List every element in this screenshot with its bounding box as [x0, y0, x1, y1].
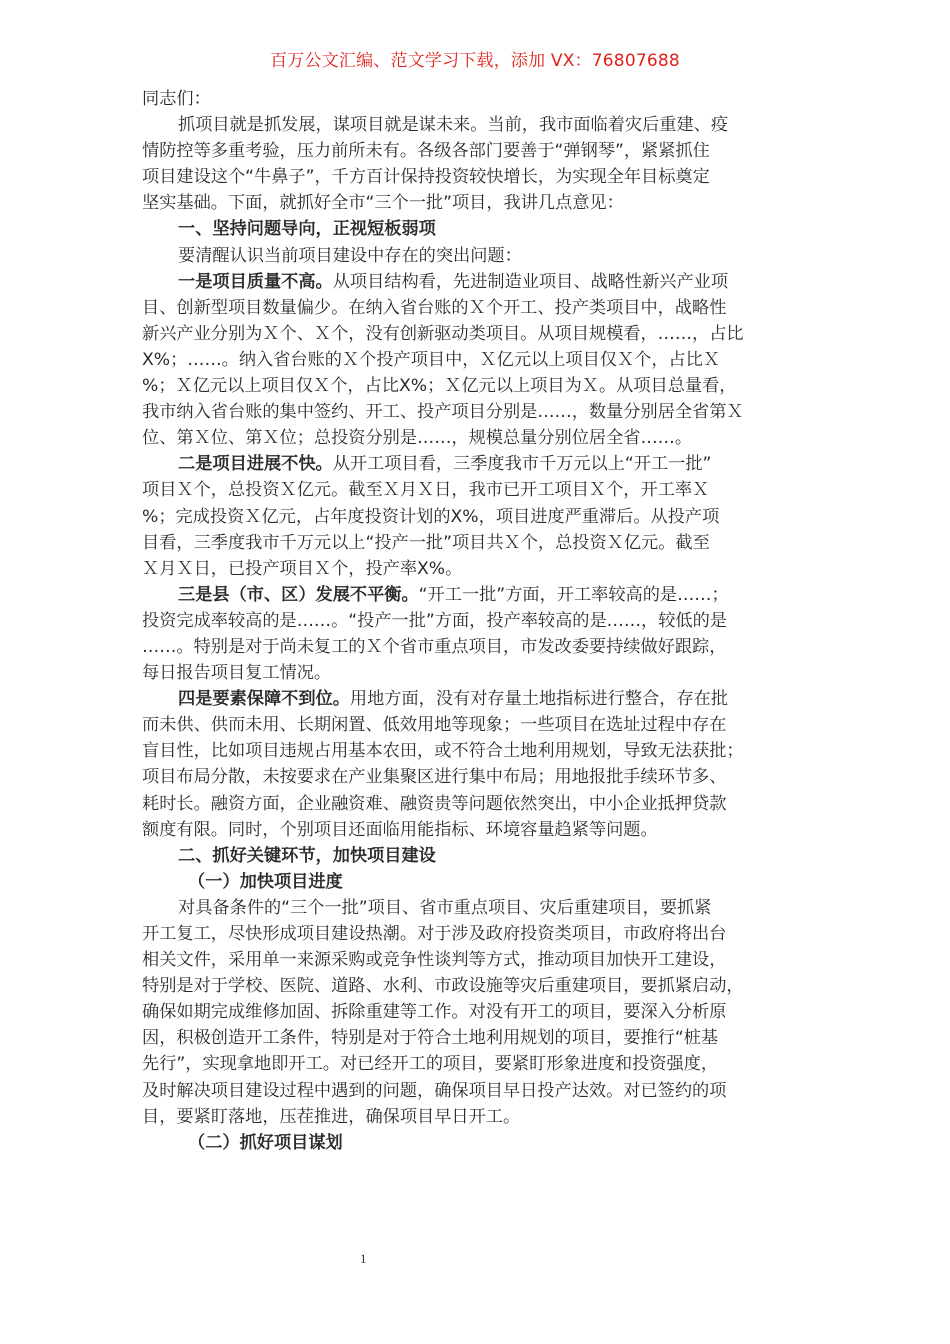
text-line: 目、创新型项目数量偏少。在纳入省台账的Ｘ个开工、投产类项目中，战略性: [142, 295, 812, 321]
line-text: 位、第Ｘ位、第Ｘ位；总投资分别是……，规模总量分别位居全省……。: [142, 428, 692, 448]
section-heading: 一、坚持问题导向，正视短板弱项: [142, 216, 812, 242]
text-line: ……。特别是对于尚未复工的Ｘ个省市重点项目，市发改委要持续做好跟踪，: [142, 634, 812, 660]
line-text: 用地方面，没有对存量土地指标进行整合，存在批: [350, 689, 728, 709]
line-text: 相关文件，采用单一来源采购或竞争性谈判等方式，推动项目加快开工建设，: [142, 950, 726, 970]
text-line: 额度有限。同时，个别项目还面临用能指标、环境容量趋紧等问题。: [142, 817, 812, 843]
text-line: 情防控等多重考验，压力前所未有。各级各部门要善于“弹钢琴”，紧紧抓住: [142, 138, 812, 164]
salutation: 同志们：: [142, 86, 812, 112]
text-line: 目，要紧盯落地，压茬推进，确保项目早日开工。: [142, 1104, 812, 1130]
bold-lead: （二）抓好项目谋划: [188, 1133, 343, 1153]
document-body: 同志们： 抓项目就是抓发展，谋项目就是谋未来。当前，我市面临着灾后重建、疫情防控…: [142, 86, 812, 1156]
line-text: 额度有限。同时，个别项目还面临用能指标、环境容量趋紧等问题。: [142, 820, 658, 840]
section-heading: （二）抓好项目谋划: [142, 1130, 812, 1156]
line-text: 坚实基础。下面，就抓好全市“三个一批”项目，我讲几点意见：: [142, 193, 624, 213]
line-text: 项目布局分散，未按要求在产业集聚区进行集中布局；用地报批手续环节多、: [142, 767, 726, 787]
text-line: 抓项目就是抓发展，谋项目就是谋未来。当前，我市面临着灾后重建、疫: [142, 112, 812, 138]
line-text: %；完成投资Ｘ亿元，占年度投资计划的X%，项目进度严重滞后。从投产项: [142, 507, 719, 527]
bold-lead: 一、坚持问题导向，正视短板弱项: [178, 219, 436, 239]
line-text: 从开工项目看，三季度我市千万元以上“开工一批”: [333, 454, 712, 474]
text-line: 对具备条件的“三个一批”项目、省市重点项目、灾后重建项目，要抓紧: [142, 895, 812, 921]
line-text: 要清醒认识当前项目建设中存在的突出问题：: [178, 246, 522, 266]
text-line: 每日报告项目复工情况。: [142, 660, 812, 686]
text-line: %；Ｘ亿元以上项目仅Ｘ个，占比X%；Ｘ亿元以上项目为Ｘ。从项目总量看，: [142, 373, 812, 399]
bold-lead: 二、抓好关键环节，加快项目建设: [178, 846, 436, 866]
line-text: 开工复工，尽快形成项目建设热潮。对于涉及政府投资类项目，市政府将出台: [142, 924, 726, 944]
line-text: ……。特别是对于尚未复工的Ｘ个省市重点项目，市发改委要持续做好跟踪，: [142, 637, 726, 657]
text-line: 先行”，实现拿地即开工。对已经开工的项目，要紧盯形象进度和投资强度，: [142, 1051, 812, 1077]
line-text: %；Ｘ亿元以上项目仅Ｘ个，占比X%；Ｘ亿元以上项目为Ｘ。从项目总量看，: [142, 376, 736, 396]
line-text: 我市纳入省台账的集中签约、开工、投产项目分别是……，数量分别居全省第Ｘ: [142, 402, 744, 422]
line-text: 及时解决项目建设过程中遇到的问题，确保项目早日投产达效。对已签约的项: [142, 1081, 726, 1101]
watermark-header: 百万公文汇编、范文学习下载，添加 VX：76807688: [0, 46, 950, 71]
text-line: 因，积极创造开工条件，特别是对于符合土地利用规划的项目，要推行“桩基: [142, 1025, 812, 1051]
text-line: 盲目性，比如项目违规占用基本农田，或不符合土地利用规划，导致无法获批；: [142, 738, 812, 764]
line-text: 项目建设这个“牛鼻子”，千方百计保持投资较快增长，为实现全年目标奠定: [142, 167, 710, 187]
line-text: 每日报告项目复工情况。: [142, 663, 331, 683]
text-line: 而未供、供而未用、长期闲置、低效用地等现象；一些项目在选址过程中存在: [142, 712, 812, 738]
line-text: 目，要紧盯落地，压茬推进，确保项目早日开工。: [142, 1107, 520, 1127]
text-line: 耗时长。融资方面，企业融资难、融资贵等问题依然突出，中小企业抵押贷款: [142, 791, 812, 817]
line-text: X%；……。纳入省台账的Ｘ个投产项目中，Ｘ亿元以上项目仅Ｘ个，占比Ｘ: [142, 350, 720, 370]
section-heading: （一）加快项目进度: [142, 869, 812, 895]
text-line: 项目建设这个“牛鼻子”，千方百计保持投资较快增长，为实现全年目标奠定: [142, 164, 812, 190]
text-line: 位、第Ｘ位、第Ｘ位；总投资分别是……，规模总量分别位居全省……。: [142, 425, 812, 451]
text-line: 投资完成率较高的是……。“投产一批”方面，投产率较高的是……，较低的是: [142, 608, 812, 634]
line-text: 耗时长。融资方面，企业融资难、融资贵等问题依然突出，中小企业抵押贷款: [142, 794, 726, 814]
line-text: 投资完成率较高的是……。“投产一批”方面，投产率较高的是……，较低的是: [142, 611, 727, 631]
line-text: “开工一批”方面，开工率较高的是……；: [419, 585, 729, 605]
text-line: X%；……。纳入省台账的Ｘ个投产项目中，Ｘ亿元以上项目仅Ｘ个，占比Ｘ: [142, 347, 812, 373]
text-line: 我市纳入省台账的集中签约、开工、投产项目分别是……，数量分别居全省第Ｘ: [142, 399, 812, 425]
line-text: 项目Ｘ个，总投资Ｘ亿元。截至Ｘ月Ｘ日，我市已开工项目Ｘ个，开工率Ｘ: [142, 480, 709, 500]
line-text: 确保如期完成维修加固、拆除重建等工作。对没有开工的项目，要深入分析原: [142, 1002, 726, 1022]
text-line: %；完成投资Ｘ亿元，占年度投资计划的X%，项目进度严重滞后。从投产项: [142, 504, 812, 530]
line-text: 抓项目就是抓发展，谋项目就是谋未来。当前，我市面临着灾后重建、疫: [178, 115, 728, 135]
line-text: 新兴产业分别为Ｘ个、Ｘ个，没有创新驱动类项目。从项目规模看，……，占比: [142, 324, 744, 344]
text-line: 确保如期完成维修加固、拆除重建等工作。对没有开工的项目，要深入分析原: [142, 999, 812, 1025]
text-line: 二是项目进展不快。从开工项目看，三季度我市千万元以上“开工一批”: [142, 451, 812, 477]
line-text: 而未供、供而未用、长期闲置、低效用地等现象；一些项目在选址过程中存在: [142, 715, 726, 735]
line-text: 因，积极创造开工条件，特别是对于符合土地利用规划的项目，要推行“桩基: [142, 1028, 718, 1048]
text-line: 目看，三季度我市千万元以上“投产一批”项目共Ｘ个，总投资Ｘ亿元。截至: [142, 530, 812, 556]
text-line: Ｘ月Ｘ日，已投产项目Ｘ个，投产率X%。: [142, 556, 812, 582]
line-text: 目看，三季度我市千万元以上“投产一批”项目共Ｘ个，总投资Ｘ亿元。截至: [142, 533, 710, 553]
bold-lead: 一是项目质量不高。: [178, 272, 333, 292]
line-text: 特别是对于学校、医院、道路、水利、市政设施等灾后重建项目，要抓紧启动，: [142, 976, 744, 996]
bold-lead: 二是项目进展不快。: [178, 454, 333, 474]
bold-lead: （一）加快项目进度: [188, 872, 343, 892]
line-text: 盲目性，比如项目违规占用基本农田，或不符合土地利用规划，导致无法获批；: [142, 741, 744, 761]
text-line: 新兴产业分别为Ｘ个、Ｘ个，没有创新驱动类项目。从项目规模看，……，占比: [142, 321, 812, 347]
page-number: 1: [360, 1251, 367, 1267]
line-text: Ｘ月Ｘ日，已投产项目Ｘ个，投产率X%。: [142, 559, 462, 579]
text-line: 相关文件，采用单一来源采购或竞争性谈判等方式，推动项目加快开工建设，: [142, 947, 812, 973]
line-text: 情防控等多重考验，压力前所未有。各级各部门要善于“弹钢琴”，紧紧抓住: [142, 141, 710, 161]
text-line: 四是要素保障不到位。用地方面，没有对存量土地指标进行整合，存在批: [142, 686, 812, 712]
text-line: 三是县（市、区）发展不平衡。“开工一批”方面，开工率较高的是……；: [142, 582, 812, 608]
text-line: 特别是对于学校、医院、道路、水利、市政设施等灾后重建项目，要抓紧启动，: [142, 973, 812, 999]
text-line: 坚实基础。下面，就抓好全市“三个一批”项目，我讲几点意见：: [142, 190, 812, 216]
bold-lead: 四是要素保障不到位。: [178, 689, 350, 709]
line-text: 目、创新型项目数量偏少。在纳入省台账的Ｘ个开工、投产类项目中，战略性: [142, 298, 726, 318]
text-line: 开工复工，尽快形成项目建设热潮。对于涉及政府投资类项目，市政府将出台: [142, 921, 812, 947]
bold-lead: 三是县（市、区）发展不平衡。: [178, 585, 419, 605]
paragraph-lines: 抓项目就是抓发展，谋项目就是谋未来。当前，我市面临着灾后重建、疫情防控等多重考验…: [142, 112, 812, 1156]
text-line: 项目Ｘ个，总投资Ｘ亿元。截至Ｘ月Ｘ日，我市已开工项目Ｘ个，开工率Ｘ: [142, 477, 812, 503]
text-line: 要清醒认识当前项目建设中存在的突出问题：: [142, 243, 812, 269]
text-line: 一是项目质量不高。从项目结构看，先进制造业项目、战略性新兴产业项: [142, 269, 812, 295]
section-heading: 二、抓好关键环节，加快项目建设: [142, 843, 812, 869]
line-text: 从项目结构看，先进制造业项目、战略性新兴产业项: [333, 272, 728, 292]
line-text: 先行”，实现拿地即开工。对已经开工的项目，要紧盯形象进度和投资强度，: [142, 1054, 718, 1074]
text-line: 及时解决项目建设过程中遇到的问题，确保项目早日投产达效。对已签约的项: [142, 1078, 812, 1104]
line-text: 对具备条件的“三个一批”项目、省市重点项目、灾后重建项目，要抓紧: [178, 898, 711, 918]
text-line: 项目布局分散，未按要求在产业集聚区进行集中布局；用地报批手续环节多、: [142, 764, 812, 790]
